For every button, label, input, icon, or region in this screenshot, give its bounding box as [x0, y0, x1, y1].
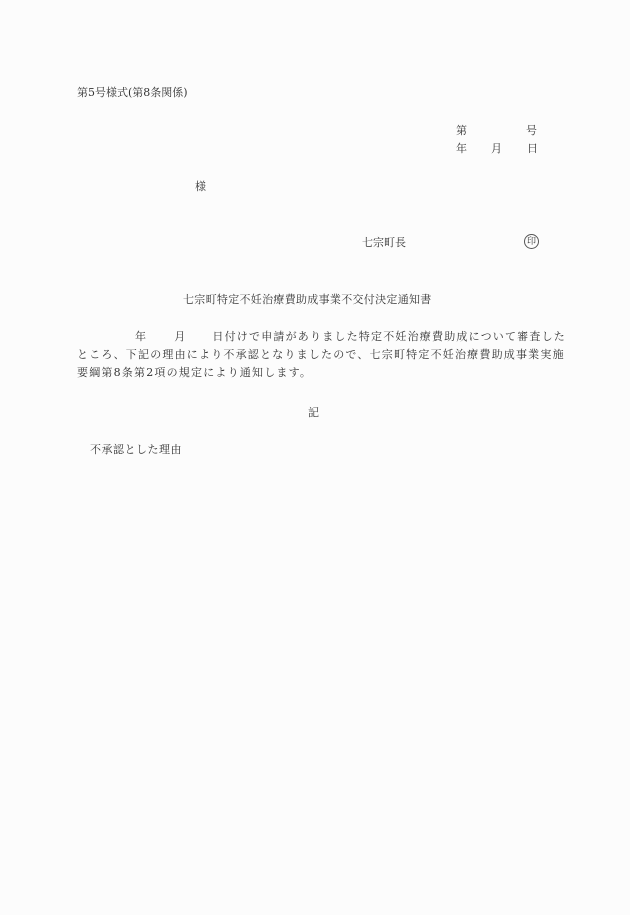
seal-icon: 印 — [524, 234, 539, 249]
ki-heading: 記 — [308, 406, 319, 420]
body-month-label: 月 — [174, 330, 186, 343]
body-line-2: ところ、下記の理由により不承認となりましたので、七宗町特定不妊治療費助成事業実施 — [77, 346, 553, 364]
date-year-label: 年 — [456, 142, 467, 156]
body-line-3: 要綱第8条第2項の規定により通知します。 — [77, 364, 553, 382]
body-line-1-text: 日付けで申請がありました特定不妊治療費助成について審査した — [212, 330, 566, 343]
document-number-prefix: 第 — [456, 124, 467, 138]
date-month-label: 月 — [491, 142, 502, 156]
document-number-suffix: 号 — [526, 124, 537, 138]
addressee-honorific: 様 — [195, 180, 206, 194]
document-title: 七宗町特定不妊治療費助成事業不交付決定通知書 — [183, 293, 432, 307]
body-line-1: 年月日付けで申請がありました特定不妊治療費助成について審査した — [77, 328, 553, 346]
form-number: 第5号様式(第8条関係) — [77, 86, 188, 100]
body-year-label: 年 — [135, 330, 147, 343]
sender-title: 七宗町長 — [362, 236, 406, 250]
date-day-label: 日 — [527, 142, 538, 156]
reason-label: 不承認とした理由 — [90, 443, 182, 457]
body-paragraph: 年月日付けで申請がありました特定不妊治療費助成について審査した ところ、下記の理… — [77, 328, 553, 382]
